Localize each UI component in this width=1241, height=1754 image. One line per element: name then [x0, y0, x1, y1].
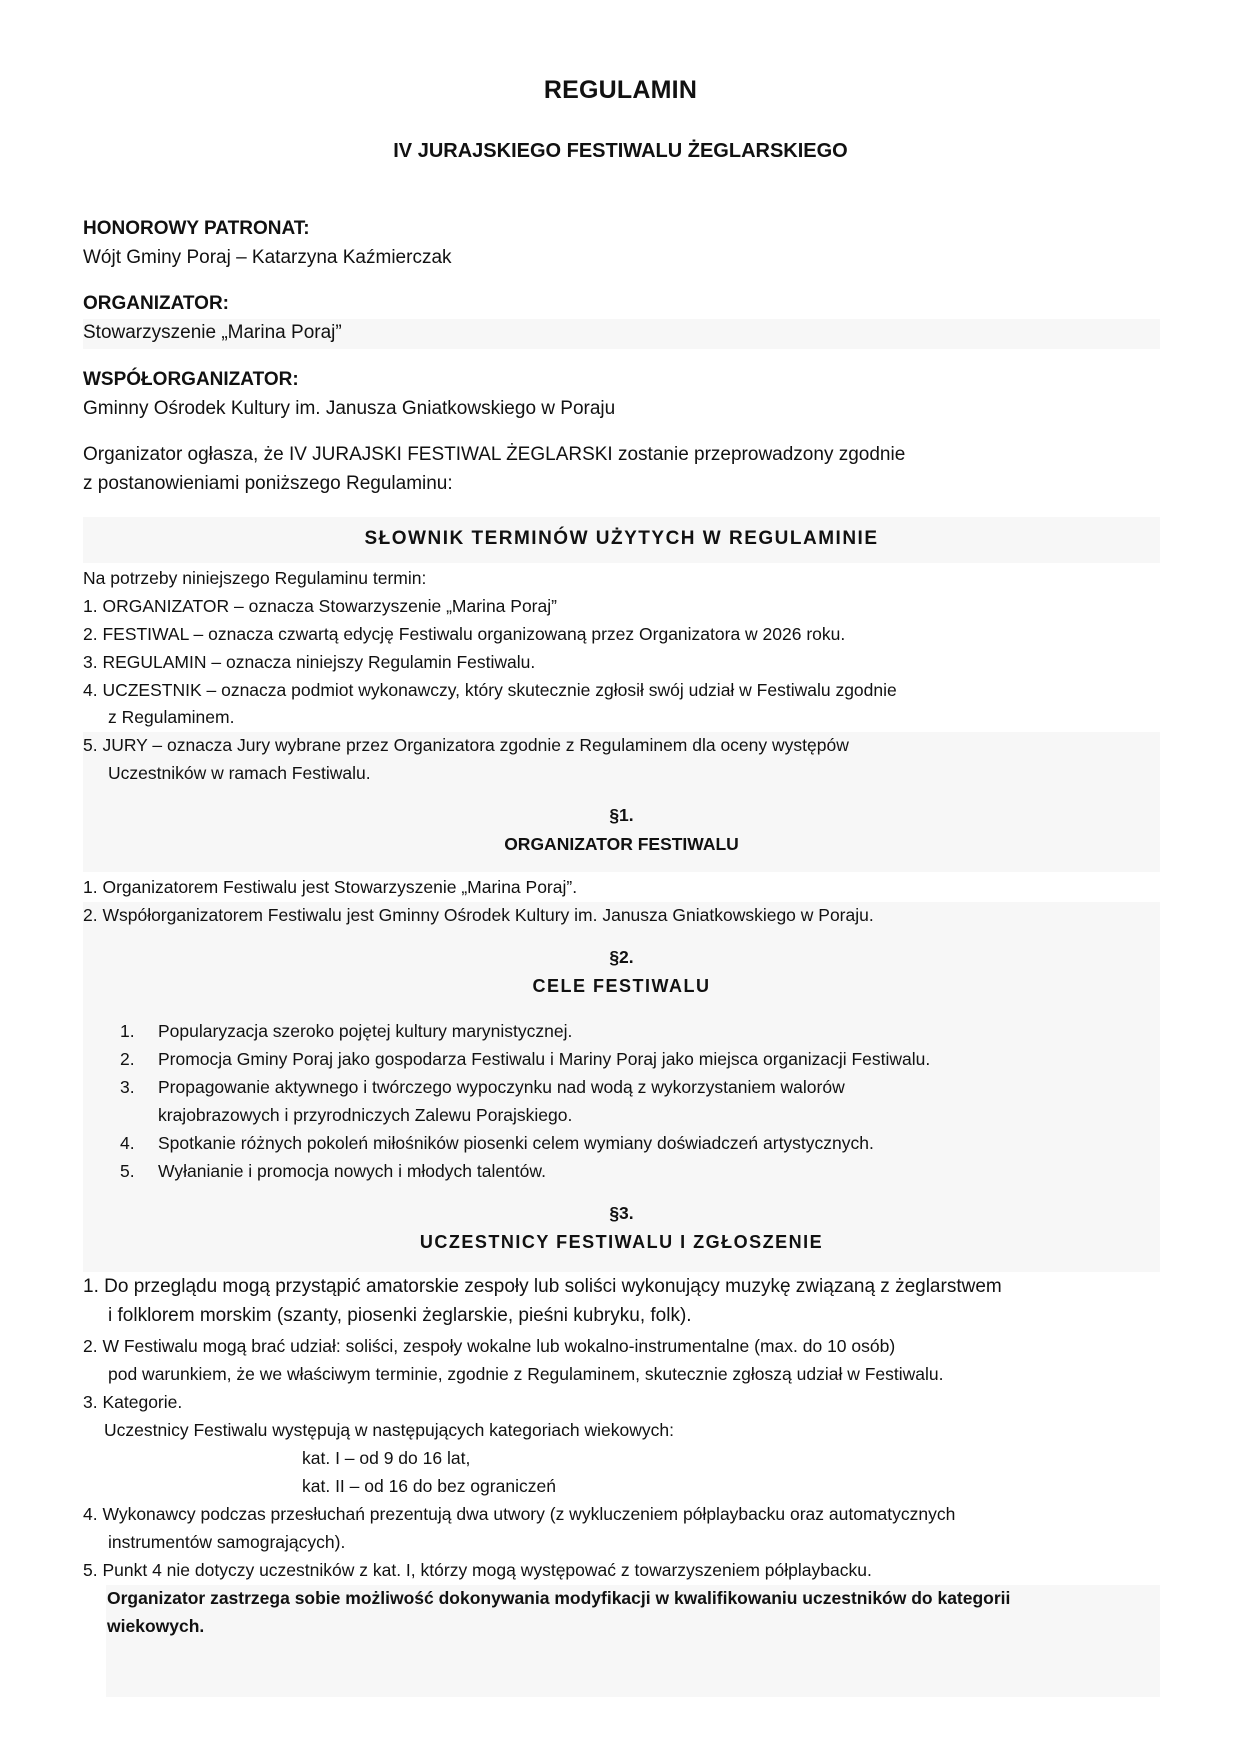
- section3-line: 4. Wykonawcy podczas przesłuchań prezent…: [83, 1504, 955, 1525]
- section1-heading: ORGANIZATOR FESTIWALU: [83, 834, 1160, 855]
- glossary-item-continuation: Uczestników w ramach Festiwalu.: [108, 763, 371, 784]
- glossary-item: 5. JURY – oznacza Jury wybrane przez Org…: [83, 735, 849, 756]
- section1-item: 1. Organizatorem Festiwalu jest Stowarzy…: [83, 877, 577, 898]
- co-organizer-label: WSPÓŁORGANIZATOR:: [83, 369, 299, 391]
- patronage-value: Wójt Gminy Poraj – Katarzyna Kaźmierczak: [83, 247, 452, 269]
- glossary-item: 1. ORGANIZATOR – oznacza Stowarzyszenie …: [83, 596, 557, 617]
- section2-item-number: 1.: [120, 1021, 135, 1042]
- section3-line-continuation: instrumentów samogrających).: [108, 1532, 345, 1553]
- document-subtitle: IV JURAJSKIEGO FESTIWALU ŻEGLARSKIEGO: [0, 140, 1241, 163]
- co-organizer-value: Gminny Ośrodek Kultury im. Janusza Gniat…: [83, 398, 615, 420]
- category-item: kat. I – od 9 do 16 lat,: [302, 1448, 470, 1469]
- notice-line-1: Organizator zastrzega sobie możliwość do…: [107, 1588, 1010, 1609]
- section3-line: 2. W Festiwalu mogą brać udział: soliści…: [83, 1336, 895, 1357]
- section2-item-number: 5.: [120, 1161, 135, 1182]
- section2-heading: CELE FESTIWALU: [83, 976, 1160, 997]
- glossary-item: 3. REGULAMIN – oznacza niniejszy Regulam…: [83, 652, 535, 673]
- category-item: kat. II – od 16 do bez ograniczeń: [302, 1476, 556, 1497]
- section2-item-number: 3.: [120, 1077, 135, 1098]
- section3-line: 3. Kategorie.: [83, 1392, 182, 1413]
- section2-item-text: Wyłanianie i promocja nowych i młodych t…: [158, 1161, 546, 1182]
- section2-item-text: Propagowanie aktywnego i twórczego wypoc…: [158, 1077, 845, 1098]
- section3-heading: UCZESTNICY FESTIWALU I ZGŁOSZENIE: [83, 1232, 1160, 1253]
- document-title: REGULAMIN: [0, 76, 1241, 105]
- notice-line-2: wiekowych.: [107, 1616, 204, 1637]
- section3-line: 5. Punkt 4 nie dotyczy uczestników z kat…: [83, 1560, 872, 1581]
- glossary-item: 2. FESTIWAL – oznacza czwartą edycję Fes…: [83, 624, 845, 645]
- section2-number: §2.: [83, 947, 1160, 968]
- section2-item-text-continuation: krajobrazowych i przyrodniczych Zalewu P…: [158, 1105, 572, 1126]
- section3-line-continuation: pod warunkiem, że we właściwym terminie,…: [108, 1364, 943, 1385]
- section3-line: 1. Do przeglądu mogą przystąpić amatorsk…: [83, 1276, 1002, 1298]
- section1-item: 2. Współorganizatorem Festiwalu jest Gmi…: [83, 905, 874, 926]
- section2-item-number: 2.: [120, 1049, 135, 1070]
- section3-line-continuation: i folklorem morskim (szanty, piosenki że…: [108, 1305, 692, 1327]
- section2-item-text: Promocja Gminy Poraj jako gospodarza Fes…: [158, 1049, 930, 1070]
- section1-number: §1.: [83, 805, 1160, 826]
- glossary-item: 4. UCZESTNIK – oznacza podmiot wykonawcz…: [83, 680, 897, 701]
- intro-line-1: Organizator ogłasza, że IV JURAJSKI FEST…: [83, 444, 905, 466]
- section2-item-text: Popularyzacja szeroko pojętej kultury ma…: [158, 1021, 572, 1042]
- organizer-value: Stowarzyszenie „Marina Poraj”: [83, 322, 342, 344]
- section3-number: §3.: [83, 1203, 1160, 1224]
- section3-line: Uczestnicy Festiwalu występują w następu…: [104, 1420, 674, 1441]
- glossary-item-continuation: z Regulaminem.: [108, 707, 234, 728]
- organizer-label: ORGANIZATOR:: [83, 293, 229, 315]
- glossary-heading: SŁOWNIK TERMINÓW UŻYTYCH W REGULAMINIE: [83, 528, 1160, 550]
- section2-item-text: Spotkanie różnych pokoleń miłośników pio…: [158, 1133, 874, 1154]
- intro-line-2: z postanowieniami poniższego Regulaminu:: [83, 473, 453, 495]
- section2-item-number: 4.: [120, 1133, 135, 1154]
- glossary-lead: Na potrzeby niniejszego Regulaminu termi…: [83, 568, 426, 589]
- patronage-label: HONOROWY PATRONAT:: [83, 218, 310, 240]
- document-page: REGULAMIN IV JURAJSKIEGO FESTIWALU ŻEGLA…: [0, 0, 1241, 1754]
